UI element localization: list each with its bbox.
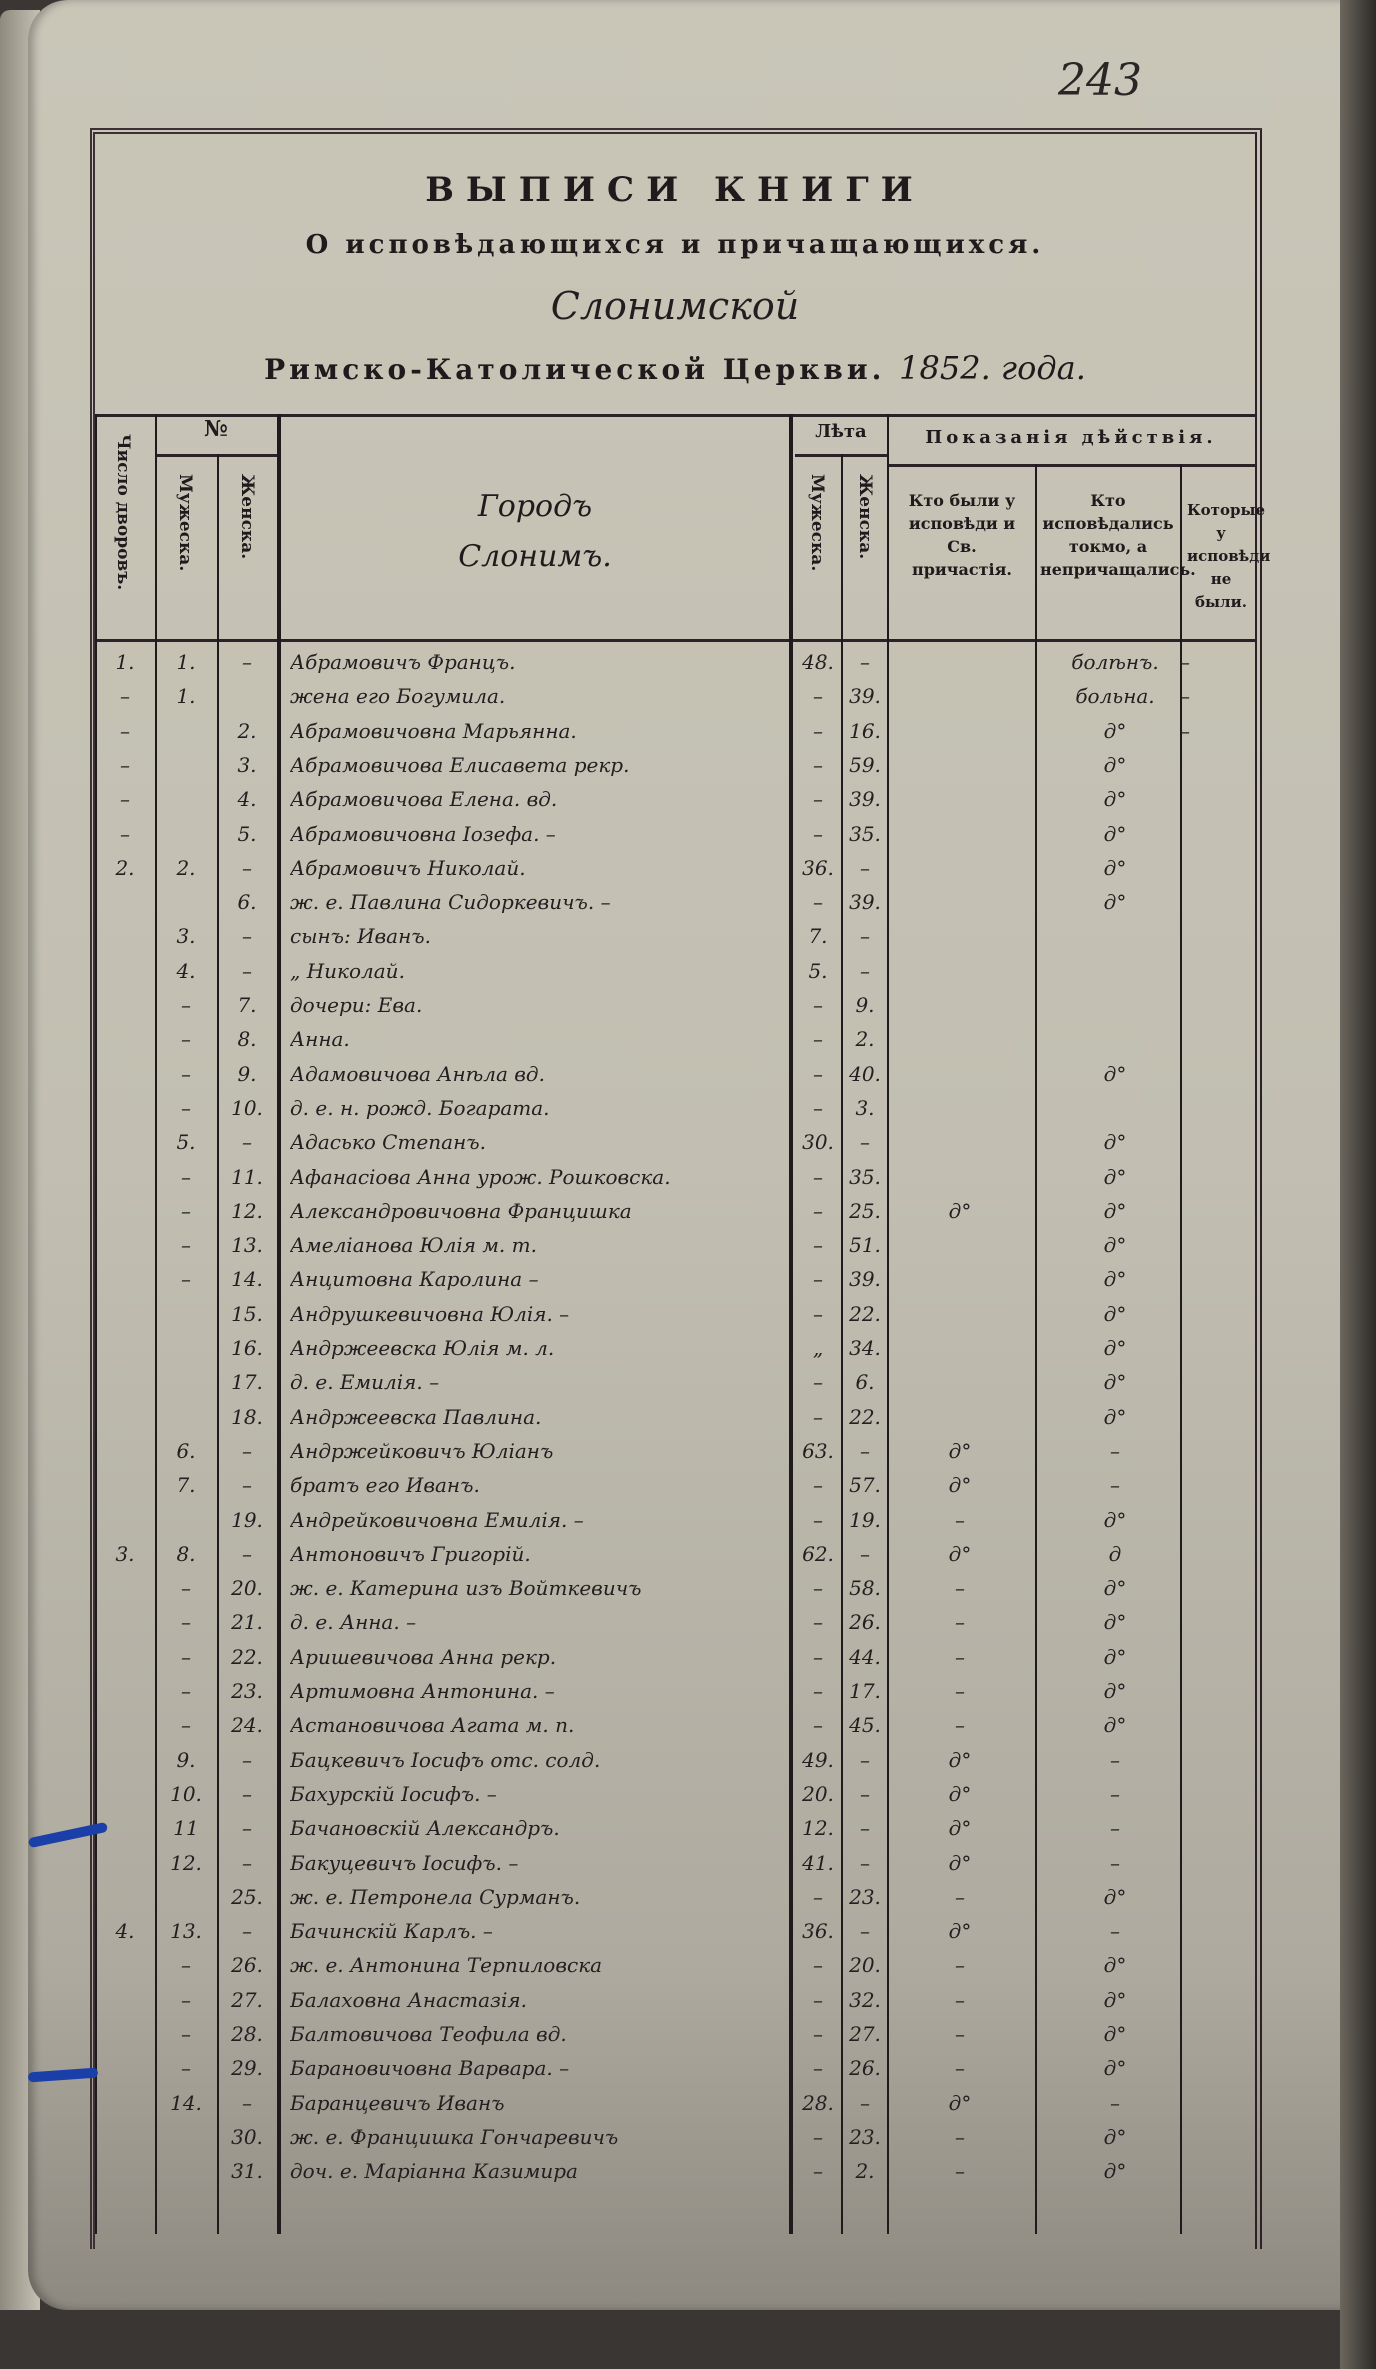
number-female-cell: – [217,1130,277,1154]
table-row: 4.13.–Бачинскій Карлъ. –36.–д°– [95,1915,1255,1949]
confessed-communed-cell: – [895,1713,1025,1737]
age-male-cell: „ [795,1336,841,1360]
header-age-male: Мужеска. [807,474,827,571]
age-female-cell: 32. [843,1988,887,2012]
number-male-cell: 5. [155,1130,217,1154]
age-male-cell: – [795,1165,841,1189]
age-female-cell: 22. [843,1405,887,1429]
table-row: –29.Барановичовна Варвара. ––26.–д° [95,2052,1255,2086]
age-female-cell: – [843,650,887,674]
confessed-communed-cell: д° [895,1782,1025,1806]
book-edge [1340,0,1376,2369]
number-male-cell: – [155,1096,217,1120]
age-male-cell: 28. [795,2091,841,2115]
age-male-cell: – [795,1027,841,1051]
confessed-communed-cell: – [895,1645,1025,1669]
table-row: 3.8.–Антоновичъ Григорій.62.–д°д [95,1538,1255,1572]
table-row: 6. ж. е. Павлина Сидоркевичъ. ––39.д° [95,886,1255,920]
age-female-cell: – [843,1816,887,1840]
confessed-only-cell: д° [1040,1233,1190,1257]
age-female-cell: 23. [843,1885,887,1909]
church-name: Слонимской [95,284,1255,328]
age-female-cell: 20. [843,1953,887,1977]
number-male-cell: 4. [155,959,217,983]
number-female-cell: – [217,924,277,948]
age-female-cell: 2. [843,2159,887,2183]
table-row: –21. д. е. Анна. ––26.–д° [95,1606,1255,1640]
number-male-cell: – [155,1199,217,1223]
confessed-only-cell: д [1040,1542,1190,1566]
households-cell: – [95,684,155,708]
confessed-communed-cell: – [895,2056,1025,2080]
age-female-cell: 2. [843,1027,887,1051]
number-female-cell: 5. [217,822,277,846]
age-female-cell: – [843,924,887,948]
number-female-cell: – [217,1748,277,1772]
table-row: 1.1.–Абрамовичъ Францъ.48.–болѣнъ.– [95,646,1255,680]
age-male-cell: – [795,822,841,846]
table-row: 2.2.–Абрамовичъ Николай.36.–д° [95,852,1255,886]
number-male-cell: – [155,1610,217,1634]
name-cell: Андржеевска Павлина. [290,1405,785,1429]
number-female-cell: – [217,959,277,983]
age-female-cell: 23. [843,2125,887,2149]
confessed-only-cell: д° [1040,1645,1190,1669]
age-female-cell: 26. [843,1610,887,1634]
households-cell: – [95,719,155,743]
number-male-cell: 1. [155,684,217,708]
table-row: 9.–Бацкевичъ Іосифъ отс. солд.49.–д°– [95,1744,1255,1778]
form-subtitle: О исповѣдающихся и причащающихся. [95,230,1255,260]
year: 1852. года. [899,349,1086,387]
number-male-cell: 1. [155,650,217,674]
name-cell: Андржейковичъ Юліанъ [290,1439,785,1463]
name-cell: Бачановскій Александръ. [290,1816,785,1840]
number-female-cell: – [217,856,277,880]
actions-group-rule [887,464,1255,467]
number-male-cell: – [155,2056,217,2080]
age-female-cell: 39. [843,787,887,811]
confessed-only-cell: д° [1040,1610,1190,1634]
number-male-cell: – [155,1953,217,1977]
confessed-only-cell: д° [1040,1370,1190,1394]
table-row: –9.Адамовичова Анѣла вд.–40.д° [95,1058,1255,1092]
name-cell: дочери: Ева. [290,993,785,1017]
name-cell: Анцитовна Каролина – [290,1267,785,1291]
table-row: –11.Афанасіова Анна урож. Рошковска.–35.… [95,1161,1255,1195]
age-male-cell: – [795,787,841,811]
number-male-cell: 10. [155,1782,217,1806]
table-row: 19.Андрейковичовна Емилія. ––19.–д° [95,1504,1255,1538]
header-bottom-rule [95,639,1255,642]
confessed-only-cell: – [1040,1919,1190,1943]
number-male-cell: – [155,1233,217,1257]
table-row: –24.Астановичова Агата м. п.–45.–д° [95,1709,1255,1743]
confessed-only-cell: д° [1040,1199,1190,1223]
name-cell: Бакуцевичъ Іосифъ. – [290,1851,785,1875]
table-row: –2.Абрамовичовна Марьянна.–16.д°– [95,715,1255,749]
age-male-cell: – [795,1713,841,1737]
confessed-communed-cell: д° [895,1542,1025,1566]
confessed-only-cell: д° [1040,1302,1190,1326]
table-row: –12.Александровичовна Францишка–25.д°д° [95,1195,1255,1229]
number-female-cell: 18. [217,1405,277,1429]
name-cell: Антоновичъ Григорій. [290,1542,785,1566]
age-female-cell: – [843,1439,887,1463]
age-male-cell: – [795,753,841,777]
ledger-page: 243 ВЫПИСИ КНИГИ О исповѣдающихся и прич… [28,0,1346,2310]
age-female-cell: 6. [843,1370,887,1394]
confessed-communed-cell: – [895,1679,1025,1703]
confessed-only-cell: д° [1040,753,1190,777]
age-male-cell: 7. [795,924,841,948]
age-female-cell: – [843,959,887,983]
age-male-cell: – [795,684,841,708]
number-male-cell: 2. [155,856,217,880]
number-female-cell: – [217,650,277,674]
number-female-cell: 7. [217,993,277,1017]
form-title: ВЫПИСИ КНИГИ [95,170,1255,210]
number-male-cell: 3. [155,924,217,948]
number-male-cell: – [155,1988,217,2012]
number-male-cell: – [155,1027,217,1051]
table-row: 12.–Бакуцевичъ Іосифъ. –41.–д°– [95,1847,1255,1881]
not-confessed-cell: – [1125,684,1245,708]
name-cell: доч. е. Маріанна Казимира [290,2159,785,2183]
not-confessed-cell: – [1125,650,1245,674]
table-row: –27.Балаховна Анастазія.–32.–д° [95,1984,1255,2018]
number-female-cell: 22. [217,1645,277,1669]
number-female-cell: 23. [217,1679,277,1703]
name-cell: д. е. Анна. – [290,1610,785,1634]
age-female-cell: 34. [843,1336,887,1360]
age-female-cell: 59. [843,753,887,777]
number-female-cell: 13. [217,1233,277,1257]
confessed-only-cell: д° [1040,1405,1190,1429]
confessed-communed-cell: – [895,1988,1025,2012]
households-cell: 1. [95,650,155,674]
table-row: –3.Абрамовичова Елисавета рекр.–59.д° [95,749,1255,783]
number-female-cell: 31. [217,2159,277,2183]
confessed-only-cell: д° [1040,1885,1190,1909]
table-row: –23.Артимовна Антонина. ––17.–д° [95,1675,1255,1709]
confessed-only-cell: д° [1040,1062,1190,1086]
table-row: 7.– братъ его Иванъ.–57.д°– [95,1469,1255,1503]
number-female-cell: 8. [217,1027,277,1051]
number-female-cell: 9. [217,1062,277,1086]
table-row: 25. ж. е. Петронела Сурманъ.–23.–д° [95,1881,1255,1915]
table-row: 6.–Андржейковичъ Юліанъ63.–д°– [95,1435,1255,1469]
number-female-cell: 25. [217,1885,277,1909]
number-male-cell: – [155,1267,217,1291]
table-row: –20. ж. е. Катерина изъ Войткевичъ–58.–д… [95,1572,1255,1606]
table-row: 10.–Бахурскій Іосифъ. –20.–д°– [95,1778,1255,1812]
age-female-cell: 19. [843,1508,887,1532]
age-male-cell: – [795,1062,841,1086]
age-female-cell: – [843,1130,887,1154]
name-cell: Бахурскій Іосифъ. – [290,1782,785,1806]
name-cell: ж. е. Францишка Гончаревичъ [290,2125,785,2149]
age-female-cell: – [843,1542,887,1566]
confessed-only-cell: д° [1040,787,1190,811]
register-table: Число дворовъ. № Мужеска. Женска. Городъ… [95,414,1255,2234]
confessed-only-cell: д° [1040,2022,1190,2046]
page-number: 243 [1058,55,1142,106]
number-male-cell: 8. [155,1542,217,1566]
age-female-cell: 3. [843,1096,887,1120]
table-row: 18.Андржеевска Павлина.–22.д° [95,1401,1255,1435]
age-male-cell: – [795,719,841,743]
header-number-male: Мужеска. [175,474,195,571]
number-female-cell: 12. [217,1199,277,1223]
age-male-cell: 20. [795,1782,841,1806]
name-cell: Бачинскій Карлъ. – [290,1919,785,1943]
name-cell: Астановичова Агата м. п. [290,1713,785,1737]
form-frame: ВЫПИСИ КНИГИ О исповѣдающихся и причащаю… [90,128,1262,2249]
number-female-cell: 14. [217,1267,277,1291]
header-confessed-communed: Кто были у исповѣди и Св. причастія. [895,489,1029,581]
age-male-cell: 41. [795,1851,841,1875]
households-cell: – [95,753,155,777]
confessed-only-cell: – [1040,1439,1190,1463]
age-male-cell: – [795,1405,841,1429]
table-row: 31. доч. е. Маріанна Казимира–2.–д° [95,2155,1255,2189]
number-female-cell: 16. [217,1336,277,1360]
age-male-cell: – [795,1645,841,1669]
confessed-communed-cell: д° [895,1816,1025,1840]
number-female-cell: 27. [217,1988,277,2012]
confessed-communed-cell: – [895,2022,1025,2046]
number-male-cell: – [155,1165,217,1189]
age-female-cell: 17. [843,1679,887,1703]
confessed-only-cell: – [1040,1748,1190,1772]
age-male-cell: – [795,1953,841,1977]
households-cell: 3. [95,1542,155,1566]
name-cell: „ Николай. [290,959,785,983]
age-female-cell: 27. [843,2022,887,2046]
number-male-cell: 9. [155,1748,217,1772]
age-female-cell: 22. [843,1302,887,1326]
number-female-cell: 26. [217,1953,277,1977]
age-female-cell: 35. [843,822,887,846]
number-female-cell: 29. [217,2056,277,2080]
age-male-cell: 5. [795,959,841,983]
number-female-cell: – [217,1542,277,1566]
name-cell: братъ его Иванъ. [290,1473,785,1497]
confessed-only-cell: д° [1040,1130,1190,1154]
confessed-only-cell: д° [1040,2056,1190,2080]
header-not-confessed: Которые у исповѣди не были. [1187,499,1255,614]
table-row: –26. ж. е. Антонина Терпиловска–20.–д° [95,1949,1255,1983]
confessed-communed-cell: д° [895,1439,1025,1463]
header-top-rule [95,414,1255,417]
confessed-communed-cell: д° [895,1473,1025,1497]
age-male-cell: – [795,1199,841,1223]
age-female-cell: 39. [843,684,887,708]
households-cell: – [95,787,155,811]
age-male-cell: 49. [795,1748,841,1772]
confessed-communed-cell: – [895,1576,1025,1600]
age-male-cell: – [795,1370,841,1394]
name-cell: Балаховна Анастазія. [290,1988,785,2012]
name-cell: Абрамовичовна Марьянна. [290,719,785,743]
name-cell: д. е. н. рожд. Богарата. [290,1096,785,1120]
table-row: –22.Аришевичова Анна рекр.–44.–д° [95,1641,1255,1675]
header-actions-group: Показанія дѣйствія. [887,426,1255,449]
number-male-cell: – [155,1062,217,1086]
table-row: 5.–Адасько Степанъ.30.–д° [95,1126,1255,1160]
table-row: 14.–Баранцевичъ Иванъ28.–д°– [95,2087,1255,2121]
header-town-label: Городъ [395,484,675,530]
name-cell: Абрамовичовна Іозефа. – [290,822,785,846]
confessed-only-cell: д° [1040,1953,1190,1977]
name-cell: Адамовичова Анѣла вд. [290,1062,785,1086]
table-row: –5.Абрамовичовна Іозефа. ––35.д° [95,818,1255,852]
number-male-cell: 14. [155,2091,217,2115]
binding-thread [28,2068,99,2083]
age-male-cell: – [795,1988,841,2012]
table-row: –10. д. е. н. рожд. Богарата.–3. [95,1092,1255,1126]
age-female-cell: 57. [843,1473,887,1497]
number-female-cell: 17. [217,1370,277,1394]
number-male-cell: 13. [155,1919,217,1943]
number-group-rule [155,454,277,457]
age-female-cell: 45. [843,1713,887,1737]
header-confessed-only: Кто исповѣдались токмо, а непричащались. [1040,489,1176,581]
header-age-group: Лѣта [795,420,887,443]
number-female-cell: – [217,1851,277,1875]
confessed-communed-cell: – [895,1508,1025,1532]
age-female-cell: 44. [843,1645,887,1669]
number-female-cell: 3. [217,753,277,777]
households-cell: 4. [95,1919,155,1943]
number-male-cell: – [155,2022,217,2046]
confessed-only-cell: д° [1040,1336,1190,1360]
confessed-communed-cell: – [895,1610,1025,1634]
age-male-cell: – [795,2125,841,2149]
number-male-cell: – [155,1713,217,1737]
table-row: 11–Бачановскій Александръ.12.–д°– [95,1812,1255,1846]
table-row: –28.Балтовичова Теофила вд.–27.–д° [95,2018,1255,2052]
age-female-cell: 25. [843,1199,887,1223]
name-cell: Андржеевска Юлія м. л. [290,1336,785,1360]
number-female-cell: 4. [217,787,277,811]
confessed-communed-cell: д° [895,1919,1025,1943]
confessed-only-cell: д° [1040,1267,1190,1291]
number-male-cell: 7. [155,1473,217,1497]
name-cell: ж. е. Петронела Сурманъ. [290,1885,785,1909]
number-female-cell: – [217,1816,277,1840]
number-female-cell: – [217,1473,277,1497]
confessed-communed-cell: д° [895,1748,1025,1772]
age-male-cell: – [795,1096,841,1120]
name-cell: Баранцевичъ Иванъ [290,2091,785,2115]
confessed-only-cell: д° [1040,1165,1190,1189]
number-male-cell: 12. [155,1851,217,1875]
age-female-cell: 35. [843,1165,887,1189]
confessed-only-cell: д° [1040,1679,1190,1703]
confessed-only-cell: – [1040,1816,1190,1840]
table-row: 4.– „ Николай.5.– [95,955,1255,989]
age-female-cell: 16. [843,719,887,743]
table-row: –14.Анцитовна Каролина ––39.д° [95,1263,1255,1297]
number-female-cell: – [217,1919,277,1943]
number-male-cell: – [155,1679,217,1703]
table-row: 3.– сынъ: Иванъ.7.– [95,920,1255,954]
table-row: 16.Андржеевска Юлія м. л.„34.д° [95,1332,1255,1366]
age-female-cell: 40. [843,1062,887,1086]
age-male-cell: – [795,2159,841,2183]
age-male-cell: – [795,1679,841,1703]
age-male-cell: – [795,1508,841,1532]
age-female-cell: 39. [843,890,887,914]
number-female-cell: 11. [217,1165,277,1189]
confessed-communed-cell: – [895,1885,1025,1909]
age-male-cell: 62. [795,1542,841,1566]
number-female-cell: 30. [217,2125,277,2149]
table-row: –7. дочери: Ева.–9. [95,989,1255,1023]
age-male-cell: – [795,1610,841,1634]
header-town-name: Слонимъ. [395,534,675,580]
number-female-cell: 6. [217,890,277,914]
age-male-cell: – [795,2022,841,2046]
confessed-only-cell: д° [1040,1576,1190,1600]
table-row: –4.Абрамовичова Елена. вд.–39.д° [95,783,1255,817]
number-female-cell: 28. [217,2022,277,2046]
table-row: –13.Амеліанова Юлія м. т.–51.д° [95,1229,1255,1263]
households-cell: 2. [95,856,155,880]
name-cell: Александровичовна Францишка [290,1199,785,1223]
confessed-communed-cell: – [895,2159,1025,2183]
confessed-communed-cell: д° [895,1851,1025,1875]
name-cell: Афанасіова Анна урож. Рошковска. [290,1165,785,1189]
number-male-cell: 6. [155,1439,217,1463]
name-cell: Абрамовичова Елена. вд. [290,787,785,811]
header-number-female: Женска. [237,474,257,559]
name-cell: Барановичовна Варвара. – [290,2056,785,2080]
number-male-cell: 11 [155,1816,217,1840]
name-cell: ж. е. Катерина изъ Войткевичъ [290,1576,785,1600]
number-male-cell: – [155,1576,217,1600]
age-female-cell: – [843,1919,887,1943]
age-male-cell: – [795,890,841,914]
age-male-cell: – [795,1885,841,1909]
age-male-cell: – [795,2056,841,2080]
number-female-cell: 2. [217,719,277,743]
age-female-cell: 39. [843,1267,887,1291]
age-female-cell: – [843,1782,887,1806]
number-female-cell: 19. [217,1508,277,1532]
confessed-only-cell: д° [1040,1988,1190,2012]
age-female-cell: 58. [843,1576,887,1600]
confessed-only-cell: – [1040,1473,1190,1497]
confessed-only-cell: – [1040,1782,1190,1806]
name-cell: д. е. Емилія. – [290,1370,785,1394]
table-row: 15.Андрушкевичовна Юлія. ––22.д° [95,1298,1255,1332]
households-cell: – [95,822,155,846]
number-female-cell: 15. [217,1302,277,1326]
name-cell: сынъ: Иванъ. [290,924,785,948]
confessed-communed-cell: д° [895,1199,1025,1223]
number-female-cell: 24. [217,1713,277,1737]
age-male-cell: 36. [795,856,841,880]
confessed-only-cell: д° [1040,856,1190,880]
number-female-cell: 10. [217,1096,277,1120]
name-cell: Андрейковичовна Емилія. – [290,1508,785,1532]
name-cell: Балтовичова Теофила вд. [290,2022,785,2046]
age-male-cell: 12. [795,1816,841,1840]
name-cell: Андрушкевичовна Юлія. – [290,1302,785,1326]
